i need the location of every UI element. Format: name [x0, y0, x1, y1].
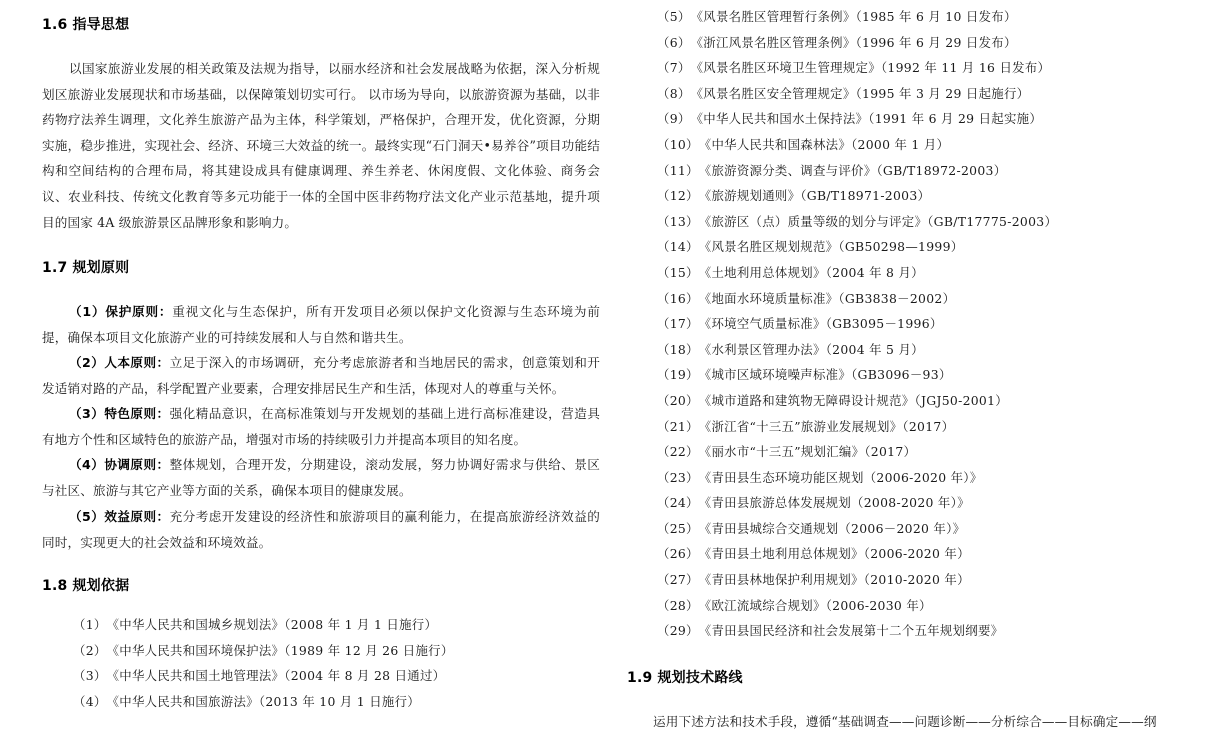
list-item: （3）《中华人民共和国土地管理法》（2004 年 8 月 28 日通过） [73, 663, 454, 689]
ref-title: 《风景名胜区安全管理规定》（1995 年 3 月 29 日起施行） [691, 86, 1030, 101]
ref-title: 《风景名胜区规划规范》（GB50298—1999） [699, 239, 964, 254]
ref-number: （12） [657, 183, 699, 209]
ref-title: 《城市区域环境噪声标准》（GB3096－93） [699, 367, 952, 382]
list-item: （5）《风景名胜区管理暂行条例》（1985 年 6 月 10 日发布） [657, 4, 1057, 30]
list-item: （4）《中华人民共和国旅游法》（2013 年 10 月 1 日施行） [73, 689, 454, 715]
ref-title: 《欧江流域综合规划》（2006-2030 年） [699, 598, 932, 613]
ref-number: （21） [657, 414, 699, 440]
technical-route-paragraph: 运用下述方法和技术手段，遵循“基础调查——问题诊断——分析综合——目标确定——纲 [653, 709, 1209, 732]
ref-title: 《环境空气质量标准》（GB3095－1996） [699, 316, 943, 331]
ref-title: 《青田县城综合交通规划（2006－2020 年）》 [699, 521, 966, 536]
ref-title: 《水利景区管理办法》（2004 年 5 月） [699, 342, 924, 357]
list-item: （1）《中华人民共和国城乡规划法》（2008 年 1 月 1 日施行） [73, 612, 454, 638]
list-item: （16）《地面水环境质量标准》（GB3838－2002） [657, 286, 1057, 312]
principle-lead: （2）人本原则： [69, 355, 170, 370]
list-item: （13）《旅游区（点）质量等级的划分与评定》（GB/T17775-2003） [657, 209, 1057, 235]
list-item: （22）《丽水市“十三五”规划汇编》（2017） [657, 439, 1057, 465]
section-heading-1-7: 1.7 规划原则 [42, 259, 129, 277]
ref-number: （4） [73, 689, 107, 715]
principle-lead: （4）协调原则： [69, 457, 170, 472]
ref-number: （3） [73, 663, 107, 689]
ref-title: 《青田县土地利用总体规划》（2006-2020 年） [699, 546, 970, 561]
list-item: （27）《青田县林地保护利用规划》（2010-2020 年） [657, 567, 1057, 593]
list-item: （9）《中华人民共和国水土保持法》（1991 年 6 月 29 日起实施） [657, 106, 1057, 132]
principle-lead: （5）效益原则： [69, 509, 170, 524]
ref-number: （7） [657, 55, 691, 81]
ref-number: （20） [657, 388, 699, 414]
ref-number: （5） [657, 4, 691, 30]
ref-title: 《地面水环境质量标准》（GB3838－2002） [699, 291, 956, 306]
list-item: （23）《青田县生态环境功能区规划（2006-2020 年）》 [657, 465, 1057, 491]
ref-number: （10） [657, 132, 699, 158]
ref-number: （8） [657, 81, 691, 107]
ref-title: 《青田县生态环境功能区规划（2006-2020 年）》 [699, 470, 983, 485]
ref-number: （19） [657, 362, 699, 388]
ref-title: 《浙江省“十三五”旅游业发展规划》（2017） [699, 419, 955, 434]
principle-benefit: （5）效益原则：充分考虑开发建设的经济性和旅游项目的赢利能力，在提高旅游经济效益… [42, 504, 600, 555]
ref-title: 《中华人民共和国土地管理法》（2004 年 8 月 28 日通过） [107, 668, 446, 683]
planning-basis-list: （1）《中华人民共和国城乡规划法》（2008 年 1 月 1 日施行） （2）《… [73, 612, 454, 714]
principle-lead: （3）特色原则： [69, 406, 170, 421]
ref-number: （9） [657, 106, 691, 132]
ref-number: （1） [73, 612, 107, 638]
ref-title: 《中华人民共和国城乡规划法》（2008 年 1 月 1 日施行） [107, 617, 438, 632]
ref-number: （15） [657, 260, 699, 286]
list-item: （19）《城市区域环境噪声标准》（GB3096－93） [657, 362, 1057, 388]
list-item: （14）《风景名胜区规划规范》（GB50298—1999） [657, 234, 1057, 260]
ref-number: （16） [657, 286, 699, 312]
ref-title: 《城市道路和建筑物无障碍设计规范》（JGJ50-2001） [699, 393, 1008, 408]
ref-number: （11） [657, 158, 699, 184]
ref-title: 《风景名胜区环境卫生管理规定》（1992 年 11 月 16 日发布） [691, 60, 1051, 75]
ref-title: 《青田县旅游总体发展规划（2008-2020 年）》 [699, 495, 970, 510]
ref-number: （23） [657, 465, 699, 491]
principle-protection: （1）保护原则：重视文化与生态保护，所有开发项目必须以保护文化资源与生态环境为前… [42, 299, 600, 350]
list-item: （20）《城市道路和建筑物无障碍设计规范》（JGJ50-2001） [657, 388, 1057, 414]
list-item: （8）《风景名胜区安全管理规定》（1995 年 3 月 29 日起施行） [657, 81, 1057, 107]
ref-number: （14） [657, 234, 699, 260]
ref-number: （2） [73, 638, 107, 664]
section-heading-1-9: 1.9 规划技术路线 [627, 669, 743, 687]
list-item: （25）《青田县城综合交通规划（2006－2020 年）》 [657, 516, 1057, 542]
principle-lead: （1）保护原则： [69, 304, 172, 319]
principle-coordination: （4）协调原则：整体规划，合理开发，分期建设，滚动发展，努力协调好需求与供给、景… [42, 452, 600, 503]
ref-title: 《旅游区（点）质量等级的划分与评定》（GB/T17775-2003） [699, 214, 1057, 229]
list-item: （11）《旅游资源分类、调查与评价》（GB/T18972-2003） [657, 158, 1057, 184]
planning-basis-list-continued: （5）《风景名胜区管理暂行条例》（1985 年 6 月 10 日发布） （6）《… [657, 4, 1057, 644]
list-item: （29）《青田县国民经济和社会发展第十二个五年规划纲要》 [657, 618, 1057, 644]
ref-number: （27） [657, 567, 699, 593]
ref-number: （25） [657, 516, 699, 542]
ref-title: 《丽水市“十三五”规划汇编》（2017） [699, 444, 916, 459]
ref-title: 《中华人民共和国环境保护法》（1989 年 12 月 26 日施行） [107, 643, 454, 658]
ref-title: 《旅游规划通则》（GB/T18971-2003） [699, 188, 931, 203]
ref-number: （29） [657, 618, 699, 644]
list-item: （10）《中华人民共和国森林法》（2000 年 1 月） [657, 132, 1057, 158]
ref-number: （6） [657, 30, 691, 56]
list-item: （24）《青田县旅游总体发展规划（2008-2020 年）》 [657, 490, 1057, 516]
list-item: （28）《欧江流域综合规划》（2006-2030 年） [657, 593, 1057, 619]
list-item: （15）《土地利用总体规划》（2004 年 8 月） [657, 260, 1057, 286]
ref-title: 《中华人民共和国森林法》（2000 年 1 月） [699, 137, 949, 152]
ref-title: 《中华人民共和国水土保持法》（1991 年 6 月 29 日起实施） [691, 111, 1042, 126]
ref-number: （13） [657, 209, 699, 235]
ref-number: （17） [657, 311, 699, 337]
section-heading-1-8: 1.8 规划依据 [42, 577, 129, 595]
list-item: （18）《水利景区管理办法》（2004 年 5 月） [657, 337, 1057, 363]
ref-number: （22） [657, 439, 699, 465]
list-item: （6）《浙江风景名胜区管理条例》（1996 年 6 月 29 日发布） [657, 30, 1057, 56]
ref-title: 《旅游资源分类、调查与评价》（GB/T18972-2003） [699, 163, 1007, 178]
list-item: （26）《青田县土地利用总体规划》（2006-2020 年） [657, 541, 1057, 567]
section-heading-1-6: 1.6 指导思想 [42, 16, 129, 34]
ref-title: 《中华人民共和国旅游法》（2013 年 10 月 1 日施行） [107, 694, 420, 709]
list-item: （2）《中华人民共和国环境保护法》（1989 年 12 月 26 日施行） [73, 638, 454, 664]
list-item: （21）《浙江省“十三五”旅游业发展规划》（2017） [657, 414, 1057, 440]
ref-number: （18） [657, 337, 699, 363]
ref-title: 《风景名胜区管理暂行条例》（1985 年 6 月 10 日发布） [691, 9, 1017, 24]
ref-number: （26） [657, 541, 699, 567]
ref-title: 《浙江风景名胜区管理条例》（1996 年 6 月 29 日发布） [691, 35, 1017, 50]
ref-number: （24） [657, 490, 699, 516]
ref-number: （28） [657, 593, 699, 619]
principle-people-oriented: （2）人本原则：立足于深入的市场调研，充分考虑旅游者和当地居民的需求，创意策划和… [42, 350, 600, 401]
list-item: （12）《旅游规划通则》（GB/T18971-2003） [657, 183, 1057, 209]
ref-title: 《青田县林地保护利用规划》（2010-2020 年） [699, 572, 970, 587]
ref-title: 《土地利用总体规划》（2004 年 8 月） [699, 265, 924, 280]
list-item: （17）《环境空气质量标准》（GB3095－1996） [657, 311, 1057, 337]
list-item: （7）《风景名胜区环境卫生管理规定》（1992 年 11 月 16 日发布） [657, 55, 1057, 81]
guiding-principle-paragraph: 以国家旅游业发展的相关政策及法规为指导，以丽水经济和社会发展战略为依据，深入分析… [42, 56, 600, 235]
ref-title: 《青田县国民经济和社会发展第十二个五年规划纲要》 [699, 623, 1004, 638]
principle-characteristic: （3）特色原则：强化精品意识，在高标准策划与开发规划的基础上进行高标准建设，营造… [42, 401, 600, 452]
